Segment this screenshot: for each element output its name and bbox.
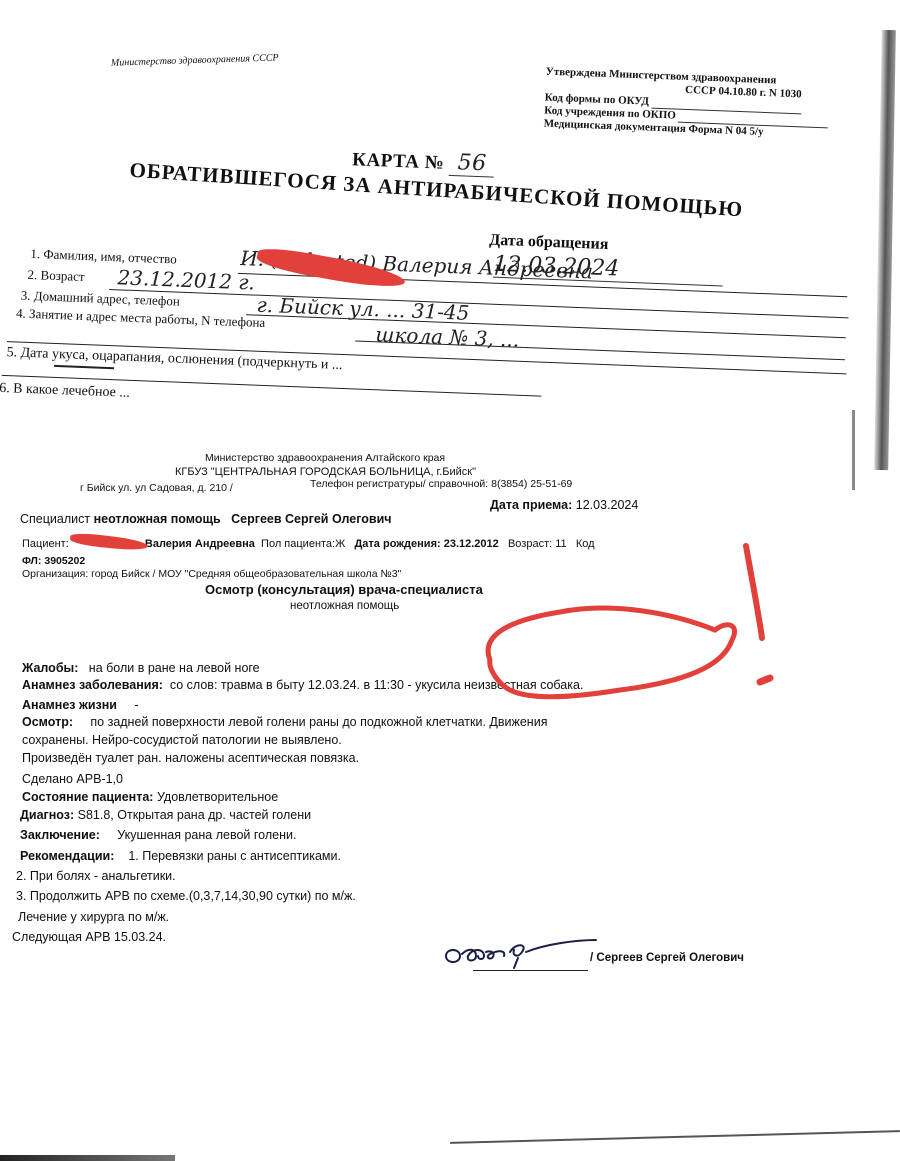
card-number: 56	[449, 150, 495, 178]
antirabies-card-form: Министерство здравоохранения СССР Утверж…	[0, 0, 900, 467]
complaints-label: Жалобы:	[22, 661, 78, 675]
condition-line: Состояние пациента: Удовлетворительное	[22, 789, 278, 807]
highlight-annotation-icon	[470, 540, 810, 710]
diagnosis-label: Диагноз:	[20, 808, 74, 822]
recommendations-label: Рекомендации:	[20, 849, 114, 863]
exam-label: Осмотр:	[22, 715, 73, 729]
recommendations-line: Рекомендации: 1. Перевязки раны с антисе…	[20, 848, 341, 866]
fl-label: ФЛ:	[22, 555, 41, 567]
patient-label: Пациент:	[22, 538, 69, 550]
next-arv: Следующая АРВ 15.03.24.	[12, 929, 166, 947]
hospital-name: КГБУЗ "ЦЕНТРАЛЬНАЯ ГОРОДСКАЯ БОЛЬНИЦА, г…	[175, 466, 476, 478]
page-bottom-edge	[0, 1155, 175, 1161]
fl-value: 3905202	[44, 555, 85, 567]
sex-label: Пол пациента:	[261, 538, 335, 550]
specialist-line: Специалист неотложная помощь Сергеев Сер…	[20, 512, 392, 526]
signature-icon	[440, 938, 600, 970]
hospital-ministry: Министерство здравоохранения Алтайского …	[205, 452, 445, 464]
hospital-address: г Бийск ул. ул Садовая, д. 210 /	[80, 482, 233, 494]
field-label-fio: 1. Фамилия, имя, отчество	[30, 246, 177, 268]
recommendation-1: 1. Перевязки раны с антисептиками.	[128, 849, 341, 863]
ussr-ministry-label: Министерство здравоохранения СССР	[111, 52, 279, 68]
exam-value-3: Произведён туалет ран. наложены асептиче…	[22, 750, 359, 768]
condition-value: Удовлетворительное	[157, 790, 278, 804]
underline-ukusa	[54, 365, 114, 369]
signature-name: / Сергеев Сергей Олегович	[590, 952, 744, 964]
sex-value: Ж	[335, 538, 345, 550]
dob-label: Дата рождения:	[354, 538, 440, 550]
reception-date-value: 12.03.2024	[576, 498, 639, 512]
page-edge-mark	[852, 410, 855, 490]
page-bottom-fold	[450, 1130, 900, 1144]
fl-line: ФЛ: 3905202	[22, 555, 85, 567]
field-label-age: 2. Возраст	[27, 267, 85, 285]
complaints-value: на боли в ране на левой ноге	[89, 661, 260, 675]
diagnosis-line: Диагноз: S81.8, Открытая рана др. частей…	[20, 807, 311, 825]
disease-history-label: Анамнез заболевания:	[22, 678, 163, 692]
life-history-line: Анамнез жизни -	[22, 697, 139, 715]
field-value-work: школа № 3, ...	[375, 322, 520, 352]
exam-subtitle: неотложная помощь	[290, 600, 399, 612]
form-approval-block: Утверждена Министерством здравоохранения…	[544, 66, 831, 142]
reception-date-label: Дата приема:	[490, 498, 572, 512]
appeal-date-label: Дата обращения	[489, 232, 609, 255]
organization-value: город Бийск / МОУ "Средняя общеобразоват…	[91, 568, 401, 580]
life-history-label: Анамнез жизни	[22, 698, 117, 712]
diagnosis-value: S81.8, Открытая рана др. частей голени	[78, 808, 311, 822]
complaints-line: Жалобы: на боли в ране на левой ноге	[22, 660, 260, 678]
conclusion-line: Заключение: Укушенная рана левой голени.	[20, 827, 296, 845]
recommendation-2: 2. При болях - анальгетики.	[16, 868, 176, 886]
conclusion-label: Заключение:	[20, 828, 100, 842]
form-line	[246, 314, 846, 338]
life-history-value: -	[134, 698, 138, 712]
recommendation-4: Лечение у хирурга по м/ж.	[18, 909, 169, 927]
card-title: КАРТА № 56	[352, 146, 495, 176]
card-title-prefix: КАРТА №	[352, 149, 445, 174]
field-label-facility: 6. В какое лечебное ...	[0, 381, 130, 402]
organization-line: Организация: город Бийск / МОУ "Средняя …	[22, 568, 401, 580]
signature-line	[473, 970, 588, 971]
field-label-bite-date: 5. Дата укуса, оцарапания, ослюнения (по…	[6, 345, 342, 374]
specialist-label: Специалист	[20, 512, 90, 526]
exam-title: Осмотр (консультация) врача-специалиста	[205, 582, 483, 597]
conclusion-value: Укушенная рана левой голени.	[117, 828, 296, 842]
specialist-dept: неотложная помощь	[94, 512, 221, 526]
condition-label: Состояние пациента:	[22, 790, 153, 804]
exam-value-2: сохранены. Нейро-сосудистой патологии не…	[22, 732, 342, 750]
field-value-address: г. Бийск ул. ... 31-45	[256, 293, 470, 325]
patient-name: Валерия Андреевна	[145, 538, 255, 550]
exam-value-4: Сделано АРВ-1,0	[22, 771, 123, 789]
hospital-phone: Телефон регистратуры/ справочной: 8(3854…	[310, 478, 572, 490]
specialist-name: Сергеев Сергей Олегович	[231, 512, 391, 526]
exam-value-1: по задней поверхности левой голени раны …	[90, 715, 547, 729]
organization-label: Организация:	[22, 568, 88, 580]
reception-date: Дата приема: 12.03.2024	[490, 498, 638, 512]
exam-line-1: Осмотр: по задней поверхности левой голе…	[22, 714, 547, 732]
field-label-work: 4. Занятие и адрес места работы, N телеф…	[16, 305, 266, 331]
recommendation-3: 3. Продолжить АРВ по схеме.(0,3,7,14,30,…	[16, 888, 356, 906]
